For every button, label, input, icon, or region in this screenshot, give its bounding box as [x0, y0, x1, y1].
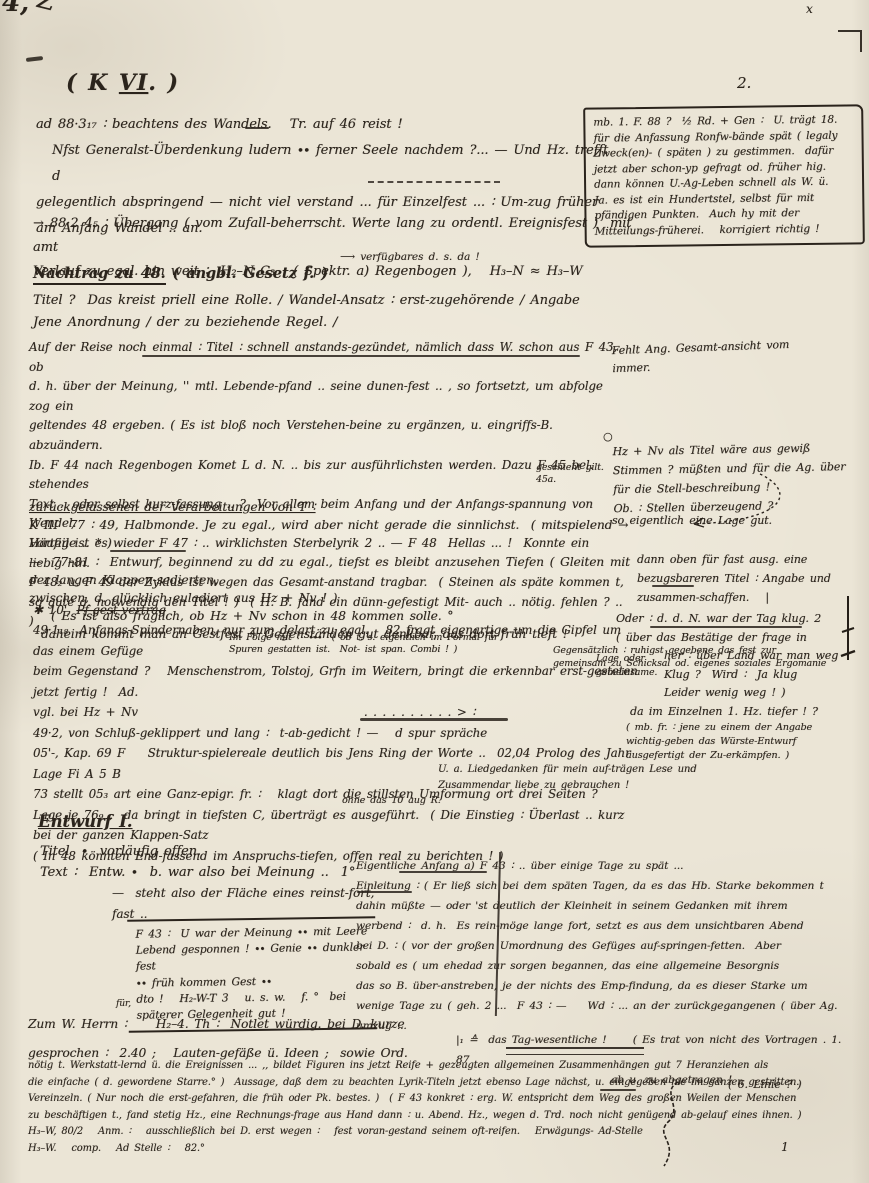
corner-ink-mark: Z	[35, 0, 59, 17]
arrow-annotation: ⟶ verfügbares d. s. da !	[340, 251, 479, 263]
hand-line: Lage oder	[596, 652, 680, 666]
hand-line: gemeinsame.	[596, 666, 680, 680]
hand-line: ( über das Bestätige der frage in	[616, 629, 868, 648]
hand-line: Leider wenig weg ! )	[664, 684, 868, 703]
struck-word: Pf-gest-vertrag	[76, 603, 165, 617]
marginal-query: ( 6. Linie ? )	[728, 1078, 802, 1091]
brace-squiggle	[650, 1080, 690, 1174]
hand-line: dann können U.-Ag-Leben schnell als W. ü…	[594, 174, 854, 193]
hand-line: Titel ∙ vorläufig offen.	[40, 841, 380, 862]
hand-line: d. h. über der Meinung, '' mtl. Lebende-…	[29, 377, 625, 416]
circle-mark: ○	[603, 430, 613, 443]
hand-line: bei D. ∶ ( vor der großen Umordnung des …	[356, 936, 848, 956]
hand-line: 05'-, Kap. 69 F Struktur-spielereale deu…	[33, 743, 639, 764]
page-title-close: . )	[148, 70, 179, 96]
underline-mark	[357, 891, 412, 893]
hand-line: geltendes 48 ergeben. ( Es ist bloß noch…	[29, 416, 625, 455]
hand-line: Lebend gesponnen ! ∙∙ Genie ∙∙ dunkler f…	[136, 940, 368, 976]
hand-line: her ∶ über Land war man weg	[664, 647, 868, 666]
corner-ink-mark: x	[806, 2, 813, 16]
page-title-open: ( K	[66, 70, 119, 96]
hand-line: da im Einzelnen 1. Hz. tiefer ! ?	[630, 703, 868, 722]
hand-line: ad 88·3₁₇ ∶ beachtens des Wandels. Tr. a…	[36, 112, 614, 138]
hand-line: Einleitung ∶ ( Er ließ sich bei dem spät…	[356, 876, 848, 896]
hand-line: geschieht gilt.	[536, 462, 604, 474]
hand-line: H₃–W, 80/2 Anm. ∶ ausschließlich bei D. …	[28, 1124, 861, 1141]
page-number: 2.	[737, 74, 751, 92]
hand-line: — 77–81 ∶ Entwurf, beginnend zu dd zu eg…	[29, 553, 635, 589]
hand-line: zu beschäftigen t., fand stetig Hz., ein…	[28, 1108, 861, 1125]
bracket-mark	[838, 30, 862, 52]
hand-line: K III 77 ∶ 49, Halbmonde. Je zu egal., w…	[29, 516, 635, 552]
underline-mark	[360, 718, 508, 721]
hand-line: nötig t. Werkstatt-lernd ü. die Ereignis…	[28, 1058, 861, 1075]
hand-line: ( mb. fr. ∶ jene zu einem der Angabe	[626, 721, 868, 735]
struck-note-line: ✱ 10', Pf-gest-vertrag	[33, 603, 166, 617]
underline-mark	[368, 181, 500, 183]
ink-blot	[26, 56, 43, 62]
body-block-j: nötig t. Werkstatt-lernd ü. die Ereignis…	[28, 1058, 861, 1158]
hand-line: dto ! H₂-W-T 3 u. s. w. f. ° bei	[136, 988, 368, 1007]
body-block-c: Titel ? Das kreist priell eine Rolle. / …	[33, 290, 643, 334]
hand-line: H₃–W. comp. Ad Stelle ∶ 82.°	[28, 1141, 861, 1158]
underline-mark	[650, 626, 802, 628]
superscript-note: für,	[116, 999, 131, 1009]
curved-arrow-mark	[682, 468, 802, 542]
hand-line: Text ∶ Entw. ∙ b. war also bei Meinung .…	[40, 862, 380, 883]
hand-line: 45a.	[536, 474, 604, 486]
interline-small-note: ohne das 10 aug R.	[342, 795, 441, 806]
hand-line: U. a. Liedgedanken für mein auf-trägen L…	[438, 762, 778, 778]
hand-line: 49·2, von Schluß-geklippert und lang ∶ t…	[33, 723, 639, 744]
inline-side-note: geschieht gilt.45a.	[536, 462, 604, 486]
hand-line: ausgefertigt der Zu-erkämpfen. )	[626, 749, 868, 763]
underline-mark	[399, 871, 487, 873]
body-block-g: Titel ∙ vorläufig offen.Text ∶ Entw. ∙ b…	[40, 841, 380, 925]
hand-line: zusammen-schaffen. |	[637, 588, 859, 607]
manuscript-page: 4, Z x 2. ( K VI. ) mb. 1. F. 88 ? ½ Rd.…	[0, 0, 869, 1183]
page-title-roman: VI	[119, 70, 148, 96]
hand-line: Eigentliche Anfang a) F 43 ∶ .. über ein…	[356, 856, 848, 876]
margin-note-fragment: Lage odergemeinsame.	[596, 652, 680, 680]
margin-note: Oder ∶ d. d. N. war der Tag klug. 2( übe…	[616, 610, 868, 763]
section-heading-entwurf: Entwurf I.	[38, 812, 132, 831]
hand-line: → 88·2 4₅ ∶ Übergang ( vom Zufall-beherr…	[33, 212, 643, 260]
hand-line: Klug ? Wird ∶ Ja klug	[664, 666, 868, 685]
underline-mark	[600, 1089, 636, 1091]
hand-line: Zusammendar liebe zu gebrauchen !	[438, 778, 778, 794]
hand-line: Auf der Reise noch einmal ∶ Titel ∶ schn…	[29, 338, 625, 377]
underline-mark	[110, 550, 186, 552]
double-underline-mark	[506, 1047, 644, 1055]
section-heading-rest: ( angbl. Gesetz f. )	[166, 265, 328, 282]
section-heading-underlined: Nachtrag zu 48.	[33, 265, 166, 285]
hand-line: 49·1₁₈ Anfangs-Spindernaben, nur zum del…	[33, 620, 639, 661]
hand-line: beim Gegenstand ? Menschenstrom, Tolstoj…	[33, 661, 639, 702]
hand-line: Zum W. Herrn ∶ H₂–4. Th ∶ Notlet würdig.…	[28, 1010, 648, 1039]
tick-mark: 1	[781, 1140, 789, 1154]
hand-line: wichtig-geben das Würste-Entwurf	[626, 735, 868, 749]
hand-line: vgl. bei Hz + Nv . . . . . . . . . . > ∶	[33, 702, 639, 723]
hand-line: dann oben für fast ausg. eine	[637, 550, 859, 569]
margin-note: dann oben für fast ausg. einebezugsbarer…	[637, 550, 859, 607]
section-heading-nachtrag: Nachtrag zu 48. ( angbl. Gesetz f. )	[33, 265, 328, 282]
underline-mark	[245, 127, 269, 129]
hand-line: Vereinzeln. ( Nur noch die erst-gefahren…	[28, 1091, 861, 1108]
interline-small-note: U. a. Liedgedanken für mein auf-trägen L…	[438, 762, 778, 794]
hand-line: das so B. über-anstreben, je der nichts …	[356, 976, 848, 996]
star-mark: ✱ 10',	[33, 603, 76, 617]
underline-mark	[652, 585, 694, 587]
hand-line: dahin müßte — oder 'st deutlich der Klei…	[356, 896, 848, 916]
edge-plus-mark	[840, 594, 856, 668]
corner-ink-mark: 4,	[2, 0, 29, 18]
hand-line: zurückgelassenen der Verarbeitungen von …	[29, 498, 635, 516]
hand-line: Titel ? Das kreist priell eine Rolle. / …	[33, 290, 643, 312]
hand-line: werbend ∶ d. h. Es rein-möge lange fort,…	[356, 916, 848, 936]
hand-line: Jene Anordnung / der zu beziehende Regel…	[33, 312, 643, 334]
underline-mark	[142, 355, 580, 357]
hand-line: sobald es ( um ehedad zur sorgen beganne…	[356, 956, 848, 976]
margin-note: Fehlt Ang. Gesamt-ansicht vomimmer.	[611, 334, 847, 378]
hand-line: Nfst Generalst-Überdenkung ludern ∙∙ fer…	[52, 138, 614, 190]
page-title: ( K VI. )	[66, 70, 179, 96]
